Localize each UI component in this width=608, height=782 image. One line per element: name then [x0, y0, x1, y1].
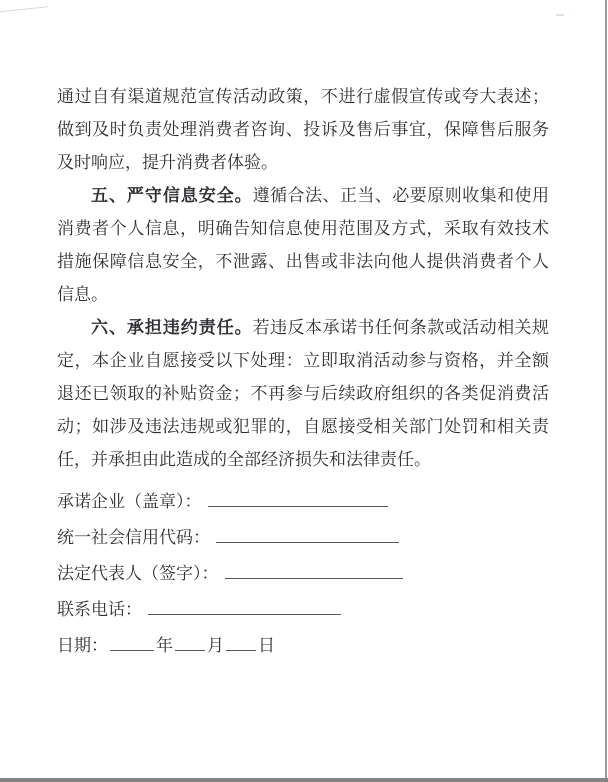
paragraph-continuation: 通过自有渠道规范宣传活动政策，不进行虚假宣传或夸大表述；做到及时负责处理消费者咨…	[57, 80, 549, 179]
legal-rep-label: 法定代表人（签字）：	[57, 564, 219, 583]
phone-blank	[148, 596, 341, 615]
signature-row-credit-code: 统一社会信用代码：	[57, 520, 549, 556]
section-6-text: 若违反本承诺书任何条款或活动相关规定，本企业自愿接受以下处理：立即取消活动参与资…	[57, 318, 549, 469]
date-year-unit: 年	[156, 636, 173, 655]
date-year-blank	[110, 632, 154, 651]
section-6-paragraph: 六、承担违约责任。若违反本承诺书任何条款或活动相关规定，本企业自愿接受以下处理：…	[57, 311, 549, 476]
section-6-heading: 六、承担违约责任。	[91, 318, 253, 337]
section-5-heading: 五、严守信息安全。	[91, 186, 253, 205]
section-5-paragraph: 五、严守信息安全。遵循合法、正当、必要原则收集和使用消费者个人信息，明确告知信息…	[57, 179, 549, 311]
paragraph-continuation-text: 通过自有渠道规范宣传活动政策，不进行虚假宣传或夸大表述；做到及时负责处理消费者咨…	[57, 87, 549, 172]
scanned-page: 通过自有渠道规范宣传活动政策，不进行虚假宣传或夸大表述；做到及时负责处理消费者咨…	[0, 0, 608, 782]
scan-artifact-mark	[556, 14, 564, 16]
date-day-unit: 日	[258, 636, 275, 655]
page-edge-right	[605, 0, 607, 782]
phone-label: 联系电话：	[57, 600, 142, 619]
company-seal-label: 承诺企业（盖章）：	[57, 492, 202, 511]
credit-code-label: 统一社会信用代码：	[57, 528, 210, 547]
date-month-unit: 月	[207, 636, 224, 655]
signature-row-date: 日期：年月日	[57, 628, 549, 664]
signature-row-legal-rep: 法定代表人（签字）：	[57, 556, 549, 592]
date-label: 日期：	[57, 636, 108, 655]
credit-code-blank	[216, 524, 399, 543]
signature-block: 承诺企业（盖章）： 统一社会信用代码： 法定代表人（签字）： 联系电话： 日期：…	[57, 484, 549, 664]
legal-rep-blank	[225, 560, 403, 579]
page-edge-bottom	[0, 778, 608, 782]
signature-row-phone: 联系电话：	[57, 592, 549, 628]
date-month-blank	[175, 632, 205, 651]
signature-row-company: 承诺企业（盖章）：	[57, 484, 549, 520]
scan-artifact-line	[0, 6, 48, 12]
document-body: 通过自有渠道规范宣传活动政策，不进行虚假宣传或夸大表述；做到及时负责处理消费者咨…	[57, 80, 549, 664]
date-day-blank	[226, 632, 256, 651]
company-seal-blank	[208, 488, 388, 507]
